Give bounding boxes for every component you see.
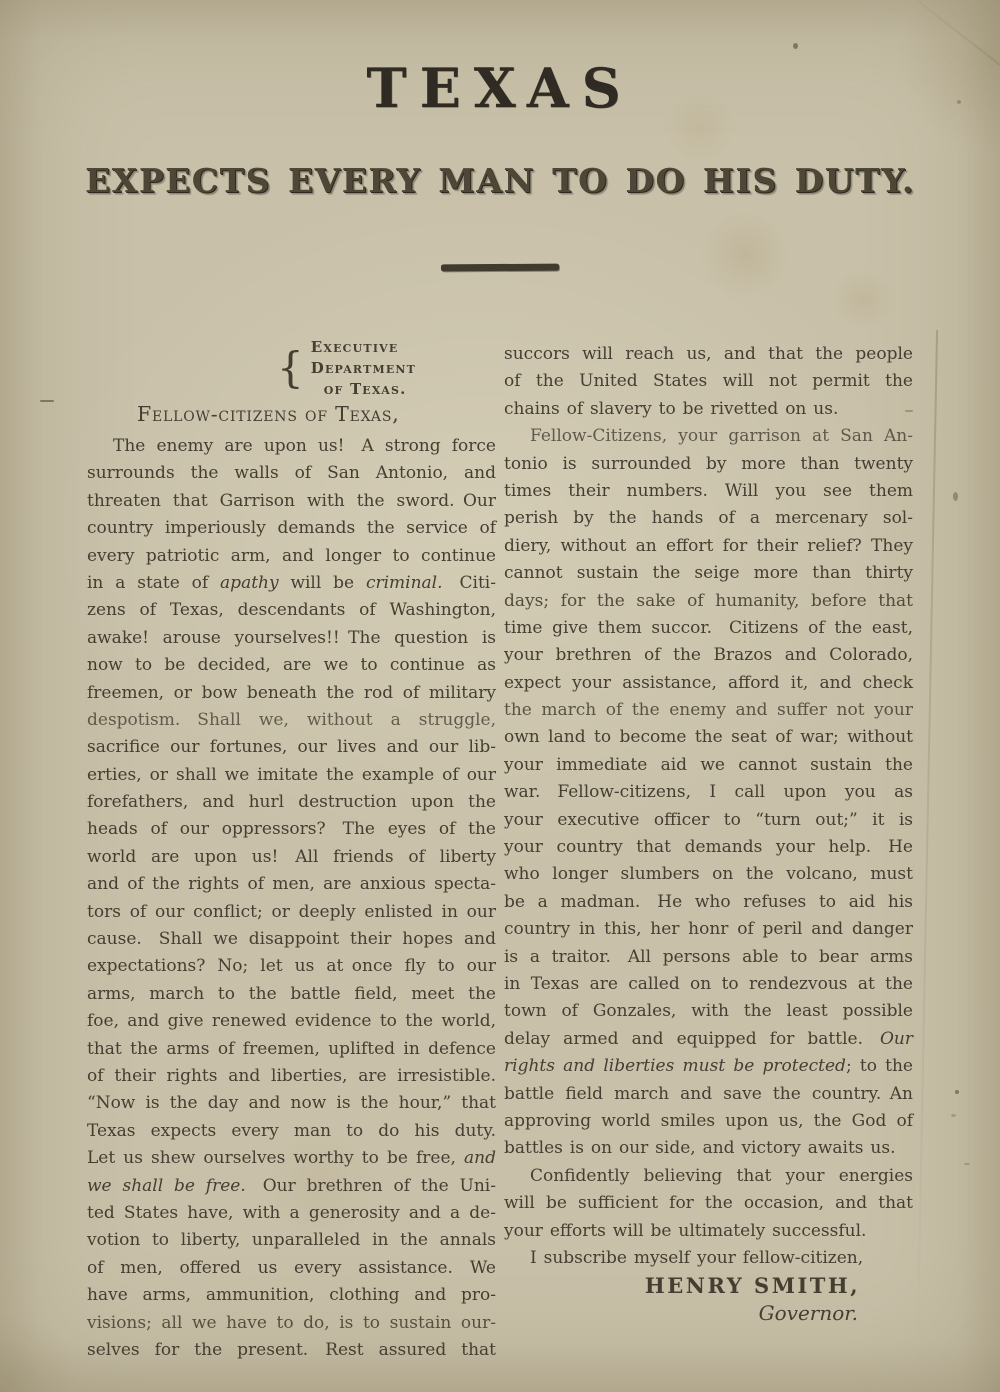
dateline: { Executive Department of Texas. [277, 343, 496, 393]
text-line: Texas expects every man to do his duty. [87, 1118, 496, 1145]
dateline-text: Executive Department of Texas. [311, 337, 496, 400]
text-segment: in Texas are called on to rendezvous at … [504, 974, 913, 994]
ink-speck [964, 1163, 970, 1165]
text-line: awake! arouse yourselves!! The question … [87, 625, 496, 652]
text-segment: will be [279, 573, 366, 593]
text-segment: be a madman. He who refuses to aid his [504, 892, 913, 912]
text-segment-italic: rights and liberties must be protected [504, 1056, 846, 1076]
text-segment: chains of slavery to be rivetted on us. [504, 399, 838, 419]
text-line: we shall be free. Our brethren of the Un… [87, 1173, 496, 1200]
text-segment: is a traitor. All persons able to bear a… [504, 947, 913, 967]
text-line: ted States have, with a generosity and a… [87, 1200, 496, 1227]
text-segment: tors of our conflict; or deeply enlisted… [87, 902, 496, 922]
text-line: town of Gonzales, with the least possibl… [504, 998, 913, 1025]
text-line: approving world smiles upon us, the God … [504, 1108, 913, 1135]
text-line: succors will reach us, and that the peop… [504, 341, 913, 368]
text-segment: war. Fellow-citizens, I call upon you as [504, 782, 913, 802]
text-segment: battle field march and save the country.… [504, 1084, 913, 1104]
text-line: that the arms of freemen, uplifted in de… [87, 1036, 496, 1063]
text-segment: world are upon us! All friends of libert… [87, 847, 496, 867]
text-segment: country imperiously demands the service … [87, 518, 496, 538]
text-line: “Now is the day and now is the hour,” th… [87, 1090, 496, 1117]
text-segment: The enemy are upon us! A strong force [113, 436, 496, 456]
text-line: sacrifice our fortunes, our lives and ou… [87, 734, 496, 761]
text-line: diery, without an effort for their relie… [504, 533, 913, 560]
text-line: forefathers, and hurl destruction upon t… [87, 789, 496, 816]
text-line: the march of the enemy and suffer not yo… [504, 697, 913, 724]
text-segment: heads of our oppressors? The eyes of the [87, 819, 496, 839]
text-line: surrounds the walls of San Antonio, and [87, 460, 496, 487]
text-segment: awake! arouse yourselves!! The question … [87, 628, 496, 648]
text-segment: every patriotic arm, and longer to conti… [87, 546, 496, 566]
text-segment: of the United States will not permit the [504, 371, 913, 391]
text-line: days; for the sake of humanity, before t… [504, 588, 913, 615]
text-segment: diery, without an effort for their relie… [504, 536, 913, 556]
text-segment: your country that demands your help. He [504, 837, 913, 857]
text-line: Let us shew ourselves worthy to be free,… [87, 1145, 496, 1172]
text-segment: town of Gonzales, with the least possibl… [504, 1001, 913, 1021]
text-segment: expect your assistance, afford it, and c… [504, 673, 913, 693]
text-line: cannot sustain the seige more than thirt… [504, 560, 913, 587]
text-segment-italic: and [464, 1148, 496, 1168]
text-segment: and of the rights of men, are anxious sp… [87, 874, 496, 894]
text-line: country in this, her honr of peril and d… [504, 916, 913, 943]
text-segment: your brethren of the Brazos and Colorado… [504, 645, 913, 665]
text-line: The enemy are upon us! A strong force [87, 433, 496, 460]
broadside-subtitle: EXPECTS EVERY MAN TO DO HIS DUTY. [0, 160, 1000, 202]
text-segment: of men, offered us every assistance. We [87, 1258, 496, 1278]
text-segment: of their rights and liberties, are irres… [87, 1066, 496, 1086]
text-segment: despotism. Shall we, without a struggle, [87, 710, 496, 730]
right-column: succors will reach us, and that the peop… [504, 341, 913, 1364]
text-segment: visions; all we have to do, is to sustai… [87, 1313, 496, 1333]
text-segment: the march of the enemy and suffer not yo… [504, 700, 913, 720]
divider-rule [441, 264, 559, 272]
text-line: delay armed and equipped for battle. Our [504, 1026, 913, 1053]
text-line: votion to liberty, unparalleled in the a… [87, 1227, 496, 1254]
text-line: tors of our conflict; or deeply enlisted… [87, 899, 496, 926]
text-line: own land to become the seat of war; with… [504, 724, 913, 751]
text-line: now to be decided, are we to continue as [87, 652, 496, 679]
text-segment: Our brethren of the Uni- [246, 1176, 496, 1196]
text-line: rights and liberties must be protected; … [504, 1053, 913, 1080]
text-line: battles is on our side, and victory awai… [504, 1135, 913, 1162]
text-line: be a madman. He who refuses to aid his [504, 889, 913, 916]
text-segment: tonio is surrounded by more than twenty [504, 454, 913, 474]
text-line: perish by the hands of a mercenary sol- [504, 505, 913, 532]
text-line: time give them succor. Citizens of the e… [504, 615, 913, 642]
text-line: selves for the present. Rest assured tha… [87, 1337, 496, 1364]
text-line: of their rights and liberties, are irres… [87, 1063, 496, 1090]
text-segment: Fellow-Citizens, your garrison at San An… [530, 426, 913, 446]
ink-speck [955, 1090, 959, 1094]
text-line: will be sufficient for the occasion, and… [504, 1190, 913, 1217]
text-line: your executive officer to “turn out;” it… [504, 807, 913, 834]
left-column-text: The enemy are upon us! A strong forcesur… [87, 433, 496, 1364]
text-line: your brethren of the Brazos and Colorado… [504, 642, 913, 669]
text-line: arms, march to the battle field, meet th… [87, 981, 496, 1008]
text-segment: now to be decided, are we to continue as [87, 655, 496, 675]
text-line: in Texas are called on to rendezvous at … [504, 971, 913, 998]
text-line: war. Fellow-citizens, I call upon you as [504, 779, 913, 806]
text-segment: expectations? No; let us at once fly to … [87, 956, 496, 976]
text-segment: surrounds the walls of San Antonio, and [87, 463, 496, 483]
salutation: Fellow-citizens of Texas, [137, 400, 496, 428]
text-segment: erties, or shall we imitate the example … [87, 765, 496, 785]
text-line: have arms, ammunition, clothing and pro- [87, 1282, 496, 1309]
text-segment: approving world smiles upon us, the God … [504, 1111, 913, 1131]
ink-speck [951, 1114, 956, 1117]
text-segment: selves for the present. Rest assured tha… [87, 1340, 496, 1360]
text-segment: in a state of [87, 573, 220, 593]
text-line: cause. Shall we disappoint their hopes a… [87, 926, 496, 953]
text-line: who longer slumbers on the volcano, must [504, 861, 913, 888]
text-segment: foe, and give renewed evidence to the wo… [87, 1011, 496, 1031]
text-line: expect your assistance, afford it, and c… [504, 670, 913, 697]
text-line: of the United States will not permit the [504, 368, 913, 395]
text-segment: “Now is the day and now is the hour,” th… [87, 1093, 496, 1113]
ink-speck [953, 492, 958, 501]
text-columns: { Executive Department of Texas. Fellow-… [0, 341, 1000, 1364]
dateline-brace-icon: { [277, 345, 304, 391]
text-line: foe, and give renewed evidence to the wo… [87, 1008, 496, 1035]
text-segment: delay armed and equipped for battle. [504, 1029, 880, 1049]
text-line: despotism. Shall we, without a struggle, [87, 707, 496, 734]
ink-speck [40, 400, 54, 402]
right-column-text: succors will reach us, and that the peop… [504, 341, 913, 1327]
text-segment: forefathers, and hurl destruction upon t… [87, 792, 496, 812]
document-page: TEXAS EXPECTS EVERY MAN TO DO HIS DUTY. … [0, 0, 1000, 1392]
text-segment-italic: apathy [220, 573, 279, 593]
text-segment: HENRY SMITH, [645, 1273, 860, 1298]
text-segment: arms, march to the battle field, meet th… [87, 984, 496, 1004]
text-segment: Citi- [443, 573, 496, 593]
text-line: of men, offered us every assistance. We [87, 1255, 496, 1282]
text-segment: days; for the sake of humanity, before t… [504, 591, 913, 611]
text-line: your country that demands your help. He [504, 834, 913, 861]
text-line: erties, or shall we imitate the example … [87, 762, 496, 789]
text-line: country imperiously demands the service … [87, 515, 496, 542]
text-segment: perish by the hands of a mercenary sol- [504, 508, 913, 528]
text-line: every patriotic arm, and longer to conti… [87, 543, 496, 570]
text-segment: who longer slumbers on the volcano, must [504, 864, 913, 884]
text-segment: votion to liberty, unparalleled in the a… [87, 1230, 496, 1250]
text-line: heads of our oppressors? The eyes of the [87, 816, 496, 843]
text-segment: times their numbers. Will you see them [504, 481, 913, 501]
dateline-line2: of Texas. [311, 379, 496, 400]
text-segment: Confidently believing that your energies [530, 1166, 913, 1186]
text-segment: ; to the [846, 1056, 913, 1076]
text-segment: freemen, or bow beneath the rod of milit… [87, 683, 496, 703]
ink-speck [905, 410, 913, 412]
text-line: zens of Texas, descendants of Washington… [87, 597, 496, 624]
text-segment-italic: criminal. [366, 573, 443, 593]
text-line: world are upon us! All friends of libert… [87, 844, 496, 871]
text-segment: cannot sustain the seige more than thirt… [504, 563, 913, 583]
broadside-title: TEXAS [0, 0, 1000, 118]
text-segment: have arms, ammunition, clothing and pro- [87, 1285, 496, 1305]
text-line: threaten that Garrison with the sword. O… [87, 488, 496, 515]
ink-speck [793, 43, 798, 49]
text-segment: your immediate aid we cannot sustain the [504, 755, 913, 775]
text-segment-italic: we shall be free. [87, 1176, 246, 1196]
text-segment: succors will reach us, and that the peop… [504, 344, 913, 364]
text-segment: Let us shew ourselves worthy to be free, [87, 1148, 464, 1168]
text-line: expectations? No; let us at once fly to … [87, 953, 496, 980]
text-segment: your executive officer to “turn out;” it… [504, 810, 913, 830]
text-line: and of the rights of men, are anxious sp… [87, 871, 496, 898]
text-segment: I subscribe myself your fellow-citizen, [530, 1248, 863, 1268]
left-column: { Executive Department of Texas. Fellow-… [87, 341, 496, 1364]
text-line: in a state of apathy will be criminal. C… [87, 570, 496, 597]
text-segment: zens of Texas, descendants of Washington… [87, 600, 496, 620]
text-line: Fellow-Citizens, your garrison at San An… [504, 423, 913, 450]
text-segment-italic: Governor. [759, 1301, 858, 1325]
text-segment: sacrifice our fortunes, our lives and ou… [87, 737, 496, 757]
signature-title: Governor. [504, 1300, 913, 1327]
text-segment: Texas expects every man to do his duty. [87, 1121, 496, 1141]
text-line: your immediate aid we cannot sustain the [504, 752, 913, 779]
text-line: your efforts will be ultimately successf… [504, 1218, 913, 1245]
text-line: tonio is surrounded by more than twenty [504, 451, 913, 478]
text-line: times their numbers. Will you see them [504, 478, 913, 505]
text-segment: ted States have, with a generosity and a… [87, 1203, 496, 1223]
text-segment: that the arms of freemen, uplifted in de… [87, 1039, 496, 1059]
text-line: is a traitor. All persons able to bear a… [504, 944, 913, 971]
text-segment: country in this, her honr of peril and d… [504, 919, 913, 939]
text-segment: will be sufficient for the occasion, and… [504, 1193, 913, 1213]
text-line: freemen, or bow beneath the rod of milit… [87, 680, 496, 707]
text-line: battle field march and save the country.… [504, 1081, 913, 1108]
text-segment: own land to become the seat of war; with… [504, 727, 913, 747]
text-segment: cause. Shall we disappoint their hopes a… [87, 929, 496, 949]
signature-closing: I subscribe myself your fellow-citizen, [504, 1245, 913, 1272]
text-segment: battles is on our side, and victory awai… [504, 1138, 896, 1158]
text-line: visions; all we have to do, is to sustai… [87, 1310, 496, 1337]
ink-speck [957, 100, 961, 104]
text-segment-italic: Our [880, 1029, 913, 1049]
text-segment: your efforts will be ultimately successf… [504, 1221, 866, 1241]
text-segment: time give them succor. Citizens of the e… [504, 618, 913, 638]
text-segment: threaten that Garrison with the sword. O… [87, 491, 496, 511]
dateline-line1: Executive Department [311, 337, 496, 379]
text-line: chains of slavery to be rivetted on us. [504, 396, 913, 423]
text-line: Confidently believing that your energies [504, 1163, 913, 1190]
signature-name: HENRY SMITH, [504, 1272, 913, 1299]
